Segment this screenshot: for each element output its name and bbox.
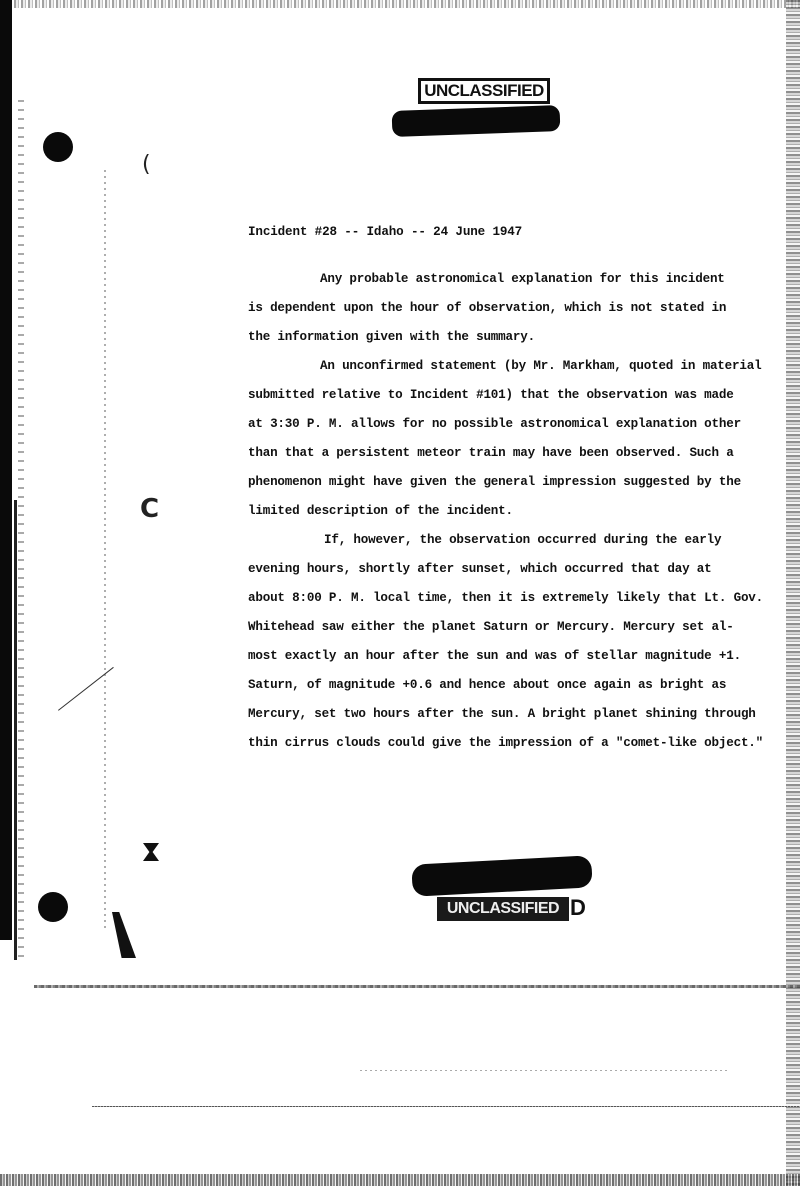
text-line: at 3:30 P. M. allows for no possible ast… (248, 414, 768, 443)
scan-right-edge (786, 0, 800, 1186)
text-line: An unconfirmed statement (by Mr. Markham… (248, 356, 768, 385)
text-line: about 8:00 P. M. local time, then it is … (248, 588, 768, 617)
punch-hole-icon (43, 132, 73, 162)
text-line: thin cirrus clouds could give the impres… (248, 733, 768, 762)
scan-noise (18, 100, 24, 960)
paragraph-2: An unconfirmed statement (by Mr. Markham… (248, 356, 768, 530)
redaction-bar (392, 105, 561, 137)
text-line: the information given with the summary. (248, 327, 768, 356)
scan-top-edge (0, 0, 800, 8)
staple-mark-icon (112, 912, 136, 958)
margin-mark: C (140, 494, 159, 524)
text-line: Saturn, of magnitude +0.6 and hence abou… (248, 675, 768, 704)
text-line: Mercury, set two hours after the sun. A … (248, 704, 768, 733)
text-line: most exactly an hour after the sun and w… (248, 646, 768, 675)
paragraph-3: If, however, the observation occurred du… (248, 530, 768, 762)
margin-mark: ( (142, 152, 151, 177)
page-edge-shadow (34, 985, 800, 988)
text-line: If, however, the observation occurred du… (248, 530, 768, 559)
text-line: evening hours, shortly after sunset, whi… (248, 559, 768, 588)
page-rule (92, 1106, 800, 1107)
fold-line (104, 170, 106, 930)
classification-stamp-top: UNCLASSIFIED (418, 78, 550, 104)
scan-bottom-edge (0, 1174, 800, 1186)
text-line: than that a persistent meteor train may … (248, 443, 768, 472)
redaction-bar (411, 855, 592, 896)
text-line: is dependent upon the hour of observatio… (248, 298, 768, 327)
text-line: limited description of the incident. (248, 501, 768, 530)
binding-edge-inner (14, 500, 17, 960)
document-heading: Incident #28 -- Idaho -- 24 June 1947 (248, 222, 768, 242)
binding-edge (0, 0, 12, 940)
text-line: submitted relative to Incident #101) tha… (248, 385, 768, 414)
document-body: Incident #28 -- Idaho -- 24 June 1947 An… (248, 222, 768, 762)
faint-rule (360, 1070, 730, 1071)
classification-stamp-bottom: UNCLASSIFIED (437, 897, 569, 921)
scanned-document-page: UNCLASSIFIED ( C Incident #28 -- Idaho -… (0, 0, 800, 1186)
text-line: Any probable astronomical explanation fo… (248, 269, 768, 298)
text-line: Whitehead saw either the planet Saturn o… (248, 617, 768, 646)
paragraph-1: Any probable astronomical explanation fo… (248, 269, 768, 356)
stamp-fragment: D (570, 896, 586, 920)
punch-hole-icon (38, 892, 68, 922)
binder-clip-mark-icon (143, 843, 159, 861)
text-line: phenomenon might have given the general … (248, 472, 768, 501)
